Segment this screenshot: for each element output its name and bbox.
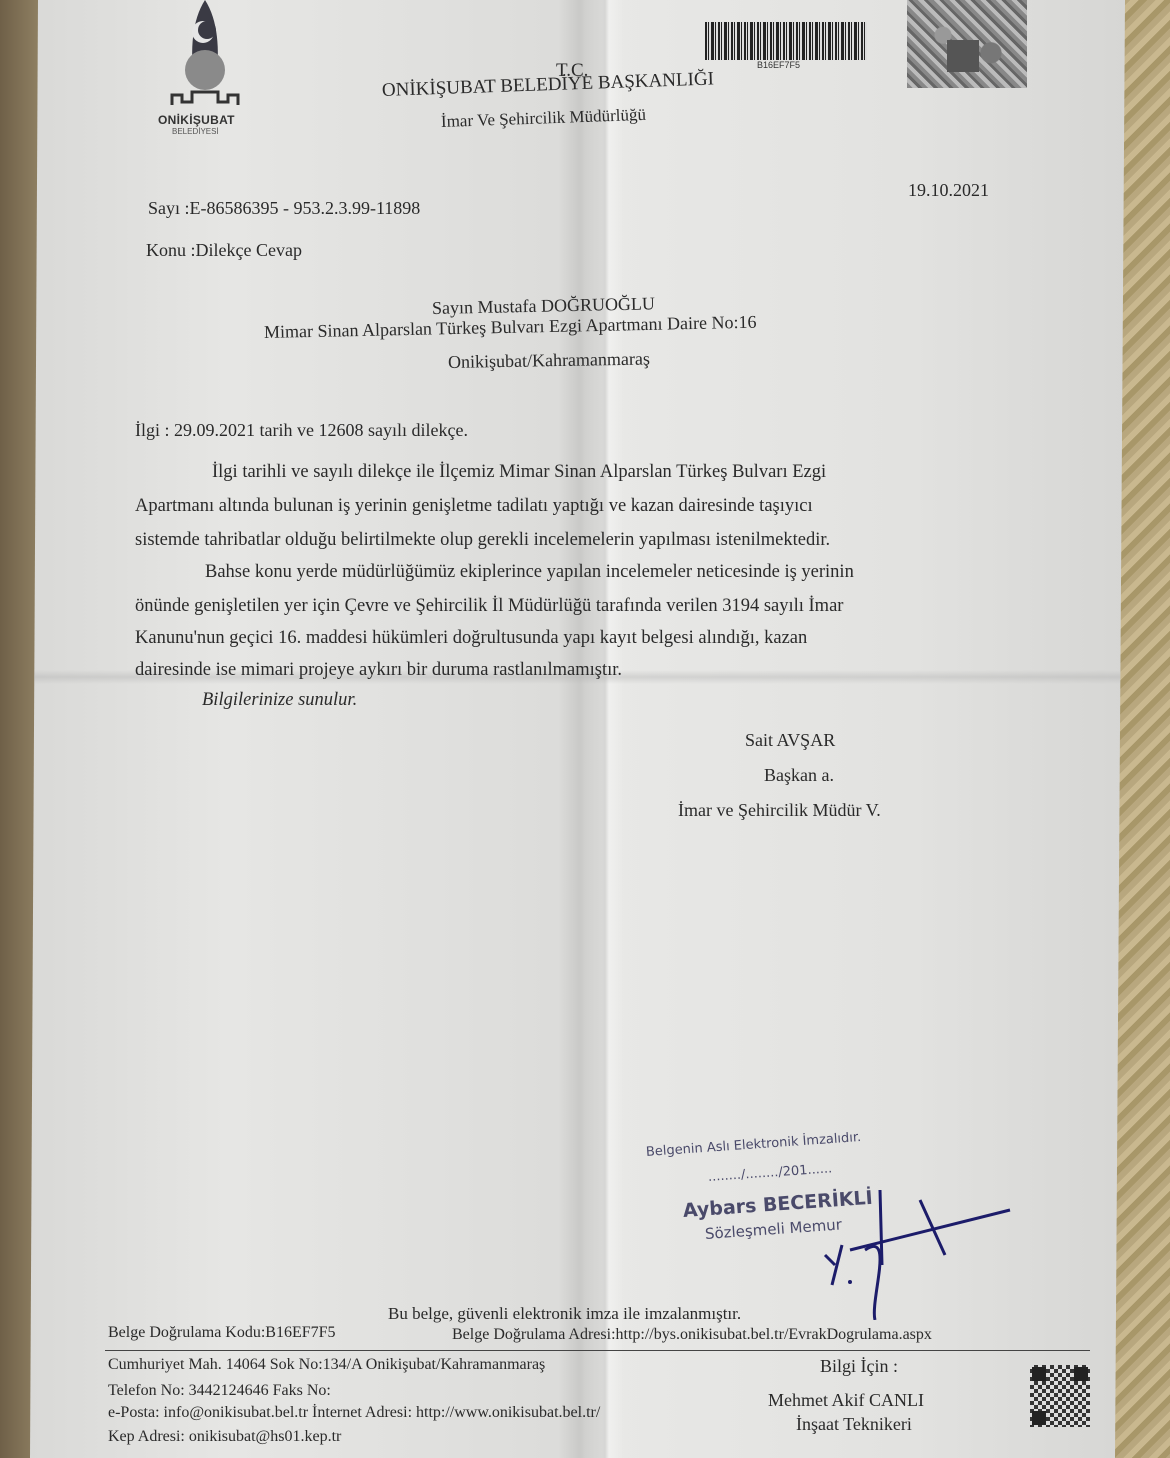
info-title: İnşaat Teknikeri	[796, 1414, 912, 1435]
signatory-name: Sait AVŞAR	[745, 730, 835, 751]
verification-address[interactable]: Belge Doğrulama Adresi:http://bys.onikis…	[452, 1326, 932, 1344]
body-line: İlgi tarihli ve sayılı dilekçe ile İlçem…	[212, 462, 826, 483]
body-line: önünde genişletilen yer için Çevre ve Şe…	[135, 596, 843, 617]
body-line: dairesinde ise mimari projeye aykırı bir…	[135, 660, 622, 681]
signatory-title: Başkan a.	[764, 765, 834, 786]
handwritten-signature-icon	[820, 1190, 1020, 1320]
e-signature-note: Bu belge, güvenli elektronik imza ile im…	[388, 1304, 741, 1324]
signatory-department: İmar ve Şehircilik Müdür V.	[678, 800, 881, 821]
footer-divider	[105, 1350, 1090, 1351]
footer-address: Cumhuriyet Mah. 14064 Sok No:134/A Oniki…	[108, 1356, 545, 1374]
verification-code: Belge Doğrulama Kodu:B16EF7F5	[108, 1324, 336, 1342]
recipient-city: Onikişubat/Kahramanmaraş	[448, 348, 650, 373]
document-date: 19.10.2021	[908, 180, 989, 201]
footer-phone: Telefon No: 3442124646 Faks No:	[108, 1382, 331, 1400]
logo-subtitle: BELEDİYESİ	[172, 127, 219, 136]
barcode	[705, 22, 867, 60]
body-line: Kanunu'nun geçici 16. maddesi hükümleri …	[135, 628, 807, 649]
footer-email[interactable]: e-Posta: info@onikisubat.bel.tr İnternet…	[108, 1404, 600, 1422]
body-line: sistemde tahribatlar olduğu belirtilmekt…	[135, 530, 830, 551]
photo-image	[907, 0, 1027, 88]
closing-line: Bilgilerinize sunulur.	[202, 690, 357, 711]
document-number: Sayı :E-86586395 - 953.2.3.99-11898	[148, 198, 420, 219]
body-line: Bahse konu yerde müdürlüğümüz ekiplerinc…	[205, 562, 854, 583]
body-line: Apartmanı altında bulunan iş yerinin gen…	[135, 496, 813, 517]
barcode-code: B16EF7F5	[757, 60, 800, 70]
info-name: Mehmet Akif CANLI	[768, 1390, 924, 1411]
info-label: Bilgi İçin :	[820, 1356, 898, 1377]
logo-name: ONİKİŞUBAT	[158, 113, 235, 127]
qr-code-icon	[1030, 1365, 1090, 1427]
reference-line: İlgi : 29.09.2021 tarih ve 12608 sayılı …	[135, 420, 468, 441]
fold-line	[585, 0, 625, 1458]
document-subject: Konu :Dilekçe Cevap	[146, 240, 302, 261]
footer-kep: Kep Adresi: onikisubat@hs01.kep.tr	[108, 1428, 341, 1446]
